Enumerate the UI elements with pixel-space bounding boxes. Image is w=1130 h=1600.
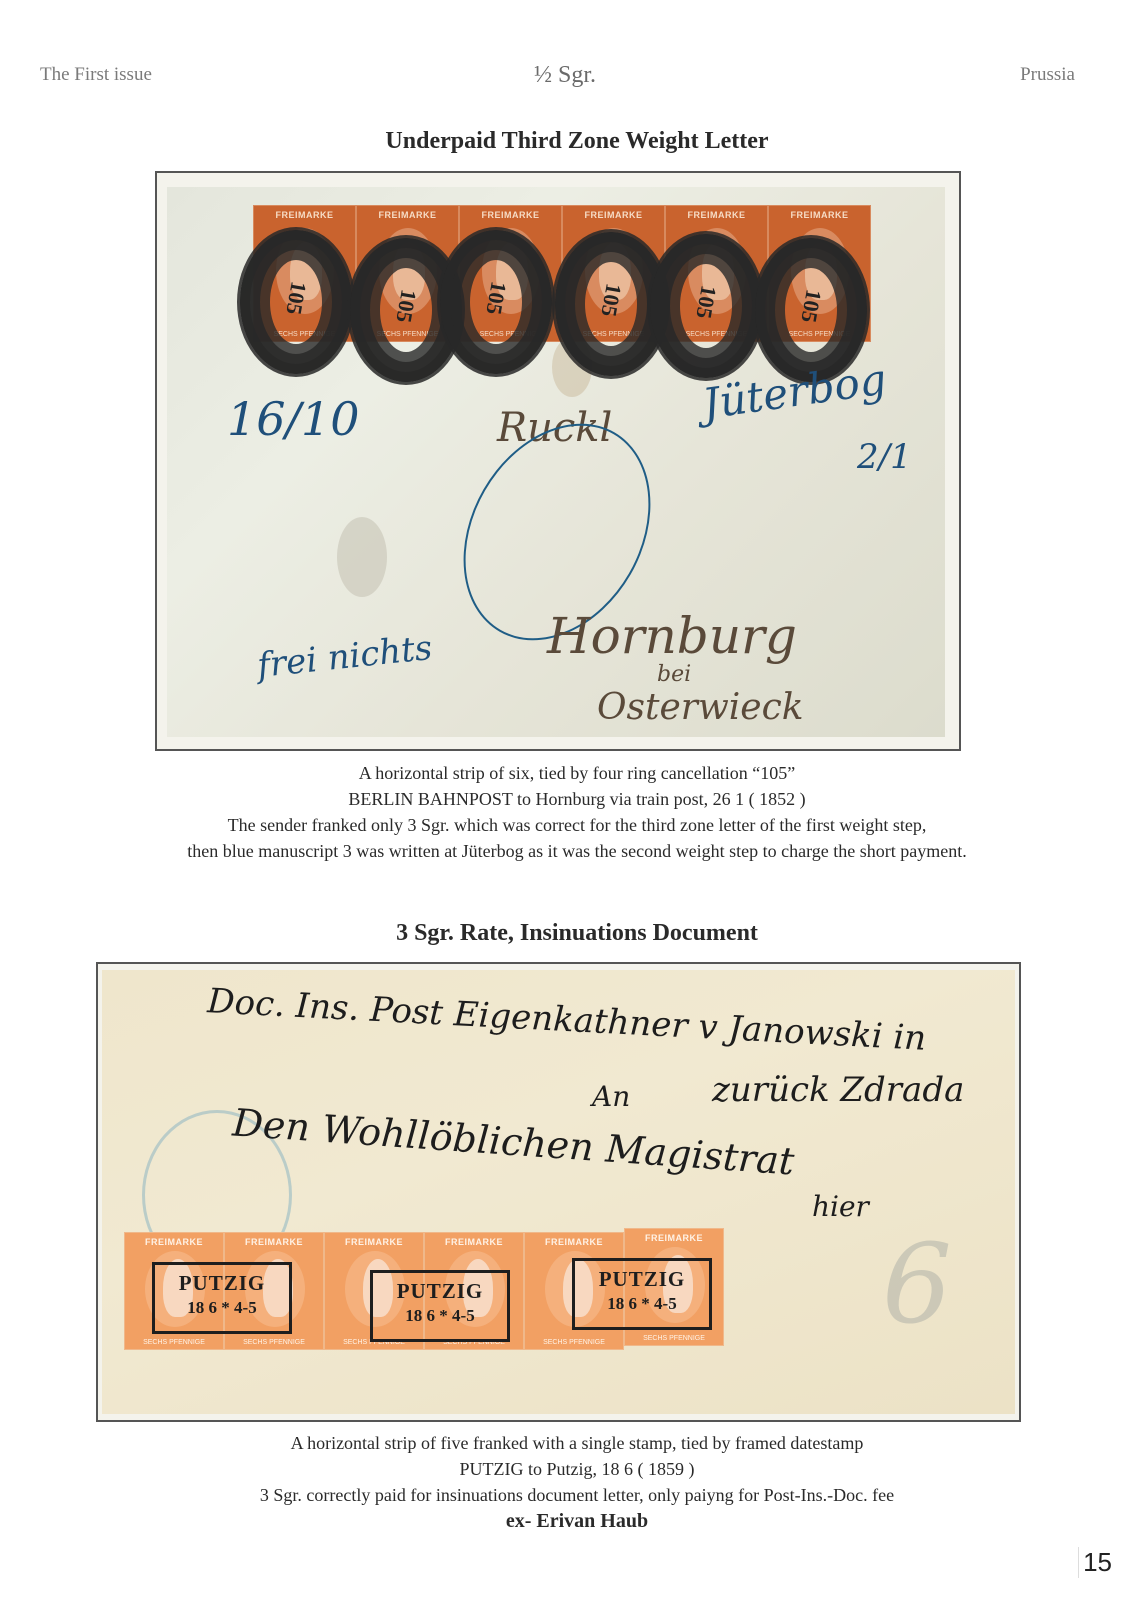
caption-line: A horizontal strip of six, tied by four … (12, 760, 1130, 786)
page-number: 15 (1078, 1547, 1112, 1578)
framed-datestamp-putzig: PUTZIG 18 6 * 4-5 (572, 1258, 712, 1330)
faint-manuscript-6: 6 (882, 1220, 952, 1348)
exhibit-1-title: Underpaid Third Zone Weight Letter (12, 128, 1130, 155)
framed-datestamp-putzig: PUTZIG 18 6 * 4-5 (370, 1270, 510, 1342)
exhibit-2-frame: 6 Doc. Ins. Post Eigenkathner v Janowski… (96, 962, 1021, 1422)
caption-line: then blue manuscript 3 was written at Jü… (12, 838, 1130, 864)
header-country: Prussia (1020, 64, 1075, 86)
ring-cancel-105: 105 (437, 227, 555, 377)
caption-line: BERLIN BAHNPOST to Hornburg via train po… (12, 786, 1130, 812)
ring-cancel-105: 105 (237, 227, 355, 377)
manuscript-region: Osterwieck (597, 687, 804, 728)
caption-line: 3 Sgr. correctly paid for insinuations d… (12, 1482, 1130, 1508)
manuscript-line-5: hier (812, 1190, 869, 1223)
manuscript-sender-note: frei nichts (255, 628, 434, 686)
header-denomination: ½ Sgr. (0, 62, 1130, 89)
cover-stain (337, 517, 387, 597)
manuscript-right-marks: 2/1 (857, 437, 912, 477)
caption-line: A horizontal strip of five franked with … (12, 1430, 1130, 1456)
provenance: ex- Erivan Haub (12, 1508, 1130, 1534)
exhibit-2-title: 3 Sgr. Rate, Insinuations Document (12, 920, 1130, 947)
exhibit-2-cover-image: 6 Doc. Ins. Post Eigenkathner v Janowski… (102, 970, 1015, 1414)
manuscript-charge: 16/10 (227, 392, 360, 446)
manuscript-destination: Hornburg (547, 607, 797, 665)
ring-cancel-105: 105 (647, 231, 765, 381)
exhibit-2-caption: A horizontal strip of five franked with … (12, 1430, 1130, 1534)
caption-line: PUTZIG to Putzig, 18 6 ( 1859 ) (12, 1456, 1130, 1482)
running-header: The First issue ½ Sgr. Prussia (0, 64, 1130, 94)
manuscript-line-3: An (592, 1080, 630, 1113)
exhibit-1-frame: FREIMARKESECHS PFENNIGE FREIMARKESECHS P… (155, 171, 961, 751)
manuscript-line-1: Doc. Ins. Post Eigenkathner v Janowski i… (206, 981, 927, 1059)
framed-datestamp-putzig: PUTZIG 18 6 * 4-5 (152, 1262, 292, 1334)
exhibit-1-cover-image: FREIMARKESECHS PFENNIGE FREIMARKESECHS P… (167, 187, 945, 737)
manuscript-via: bei (657, 662, 691, 687)
caption-line: The sender franked only 3 Sgr. which was… (12, 812, 1130, 838)
manuscript-line-4: Den Wohllöblichen Magistrat (231, 1100, 796, 1183)
manuscript-line-2: zurück Zdrada (712, 1070, 964, 1110)
exhibit-1-caption: A horizontal strip of six, tied by four … (12, 760, 1130, 864)
